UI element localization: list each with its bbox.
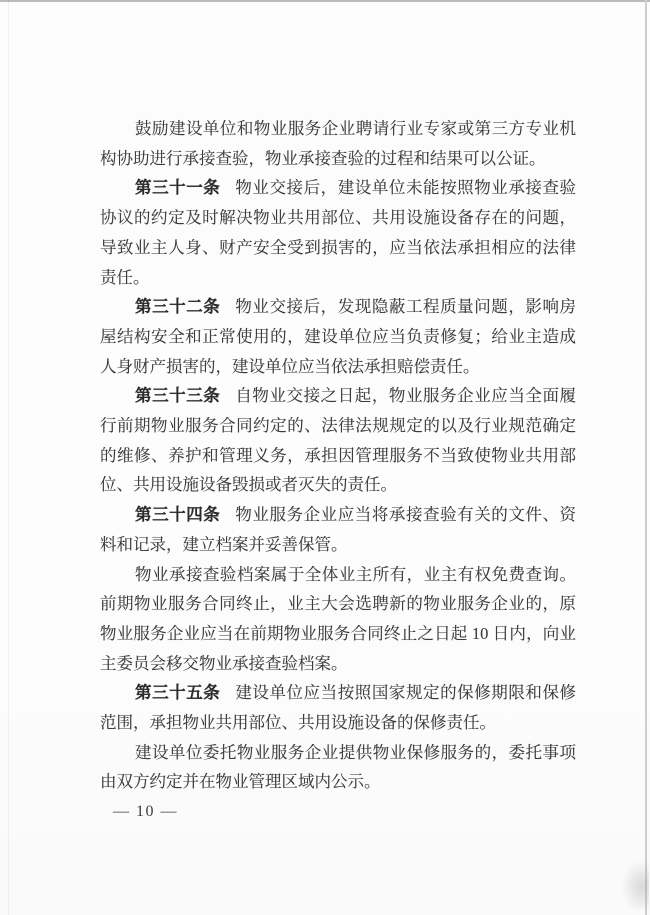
text-line: 位、共用设施设备毁损或者灭失的责任。 — [100, 470, 576, 500]
text-line: 导致业主人身、财产安全受到损害的，应当依法承担相应的法律 — [100, 233, 576, 263]
text-line: 料和记录，建立档案并妥善保管。 — [100, 530, 576, 560]
scan-corner-smudge — [621, 859, 649, 909]
scan-edge-right-line — [645, 0, 647, 915]
text-line: 第三十五条建设单位应当按照国家规定的保修期限和保修 — [100, 678, 576, 708]
text-line: 鼓励建设单位和物业服务企业聘请行业专家或第三方专业机 — [100, 114, 576, 144]
scan-edge-top-line — [0, 0, 650, 2]
text-line: 由双方约定并在物业管理区域内公示。 — [100, 767, 576, 797]
text-line: 主委员会移交物业承接查验档案。 — [100, 649, 576, 679]
document-page: 鼓励建设单位和物业服务企业聘请行业专家或第三方专业机构协助进行承接查验，物业承接… — [0, 0, 650, 915]
scan-edge-left-line — [8, 0, 9, 915]
text-line: 的维修、养护和管理义务，承担因管理服务不当致使物业共用部 — [100, 441, 576, 471]
text-line: 构协助进行承接查验，物业承接查验的过程和结果可以公证。 — [100, 144, 576, 174]
document-body: 鼓励建设单位和物业服务企业聘请行业专家或第三方专业机构协助进行承接查验，物业承接… — [100, 114, 576, 797]
article-number: 第三十四条 — [135, 505, 220, 524]
text-line: 协议的约定及时解决物业共用部位、共用设施设备存在的问题， — [100, 203, 576, 233]
text-line: 第三十四条物业服务企业应当将承接查验有关的文件、资 — [100, 500, 576, 530]
text-line: 建设单位委托物业服务企业提供物业保修服务的，委托事项 — [100, 738, 576, 768]
text-line: 人身财产损害的，建设单位应当依法承担赔偿责任。 — [100, 352, 576, 382]
article-number: 第三十一条 — [135, 178, 220, 197]
text-line: 第三十三条自物业交接之日起，物业服务企业应当全面履 — [100, 381, 576, 411]
text-line: 行前期物业服务合同约定的、法律法规规定的以及行业规范确定 — [100, 411, 576, 441]
text-line: 范围，承担物业共用部位、共用设施设备的保修责任。 — [100, 708, 576, 738]
text-line: 物业承接查验档案属于全体业主所有，业主有权免费查询。 — [100, 560, 576, 590]
text-line: 前期物业服务合同终止，业主大会选聘新的物业服务企业的，原 — [100, 589, 576, 619]
text-line: 责任。 — [100, 263, 576, 293]
text-line: 屋结构安全和正常使用的，建设单位应当负责修复；给业主造成 — [100, 322, 576, 352]
text-line: 第三十一条物业交接后，建设单位未能按照物业承接查验 — [100, 173, 576, 203]
article-number: 第三十三条 — [135, 386, 220, 405]
page-number: — 10 — — [113, 803, 178, 821]
text-line: 物业服务企业应当在前期物业服务合同终止之日起 10 日内，向业 — [100, 619, 576, 649]
article-number: 第三十二条 — [135, 297, 220, 316]
article-number: 第三十五条 — [135, 683, 220, 702]
text-line: 第三十二条物业交接后，发现隐蔽工程质量问题，影响房 — [100, 292, 576, 322]
